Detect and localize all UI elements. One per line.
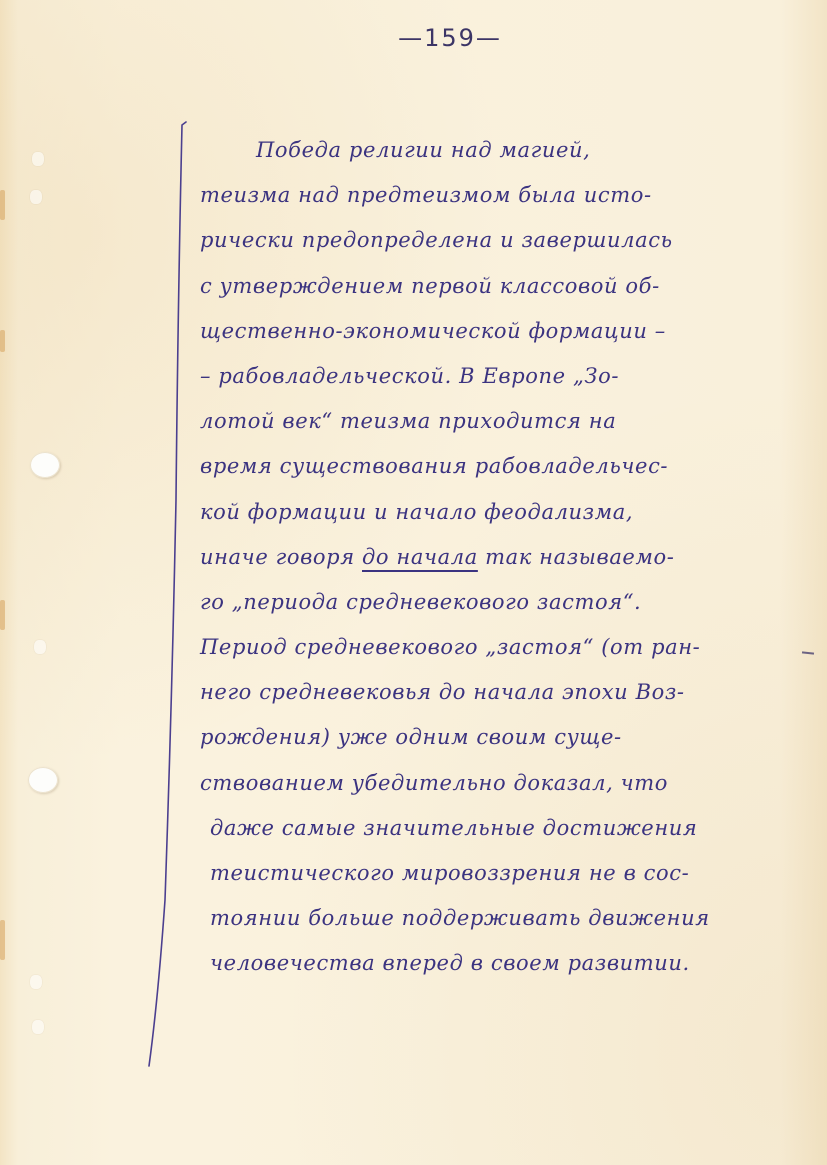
text-line: ствованием убедительно доказал, что xyxy=(200,761,800,806)
handwritten-text: Победа религии над магией, теизма над пр… xyxy=(200,128,800,987)
text-line: иначе говоря до начала так называемо- xyxy=(200,535,800,580)
text-line: лотой век“ теизма приходится на xyxy=(200,399,800,444)
text-line: даже самые значительные достижения xyxy=(200,806,800,851)
text-segment: так называемо- xyxy=(478,545,675,569)
emboss-mark xyxy=(32,152,44,166)
text-line: – рабовладельческой. В Европе „Зо- xyxy=(200,354,800,399)
emboss-mark xyxy=(30,190,42,204)
emboss-mark xyxy=(32,1020,44,1034)
text-line: щественно-экономической формации – xyxy=(200,309,800,354)
underlined-phrase: до начала xyxy=(362,545,478,569)
emboss-mark xyxy=(34,640,46,654)
edge-stain xyxy=(0,330,5,352)
text-line: теизма над предтеизмом была исто- xyxy=(200,173,800,218)
text-line: рически предопределена и завершилась xyxy=(200,218,800,263)
text-line: теистического мировоззрения не в сос- xyxy=(200,851,800,896)
page-number: —159— xyxy=(360,24,540,52)
text-line: с утверждением первой классовой об- xyxy=(200,264,800,309)
punch-hole xyxy=(28,767,58,793)
text-line: Период средневекового „застоя“ (от ран- xyxy=(200,625,800,670)
edge-stain xyxy=(0,920,5,960)
text-line: него средневековья до начала эпохи Воз- xyxy=(200,670,800,715)
edge-stain xyxy=(0,600,5,630)
text-line: время существования рабовладельчес- xyxy=(200,444,800,489)
text-line: человечества вперед в своем развитии. xyxy=(200,941,800,986)
emboss-mark xyxy=(30,975,42,989)
text-line: тоянии больше поддерживать движения xyxy=(200,896,800,941)
punch-hole xyxy=(30,452,60,478)
text-line: Победа религии над магией, xyxy=(200,128,800,173)
text-line: рождения) уже одним своим суще- xyxy=(200,715,800,760)
text-line: кой формации и начало феодализма, xyxy=(200,490,800,535)
text-line: го „периода средневекового застоя“. xyxy=(200,580,800,625)
edge-stain xyxy=(0,190,5,220)
text-segment: иначе говоря xyxy=(200,545,362,569)
